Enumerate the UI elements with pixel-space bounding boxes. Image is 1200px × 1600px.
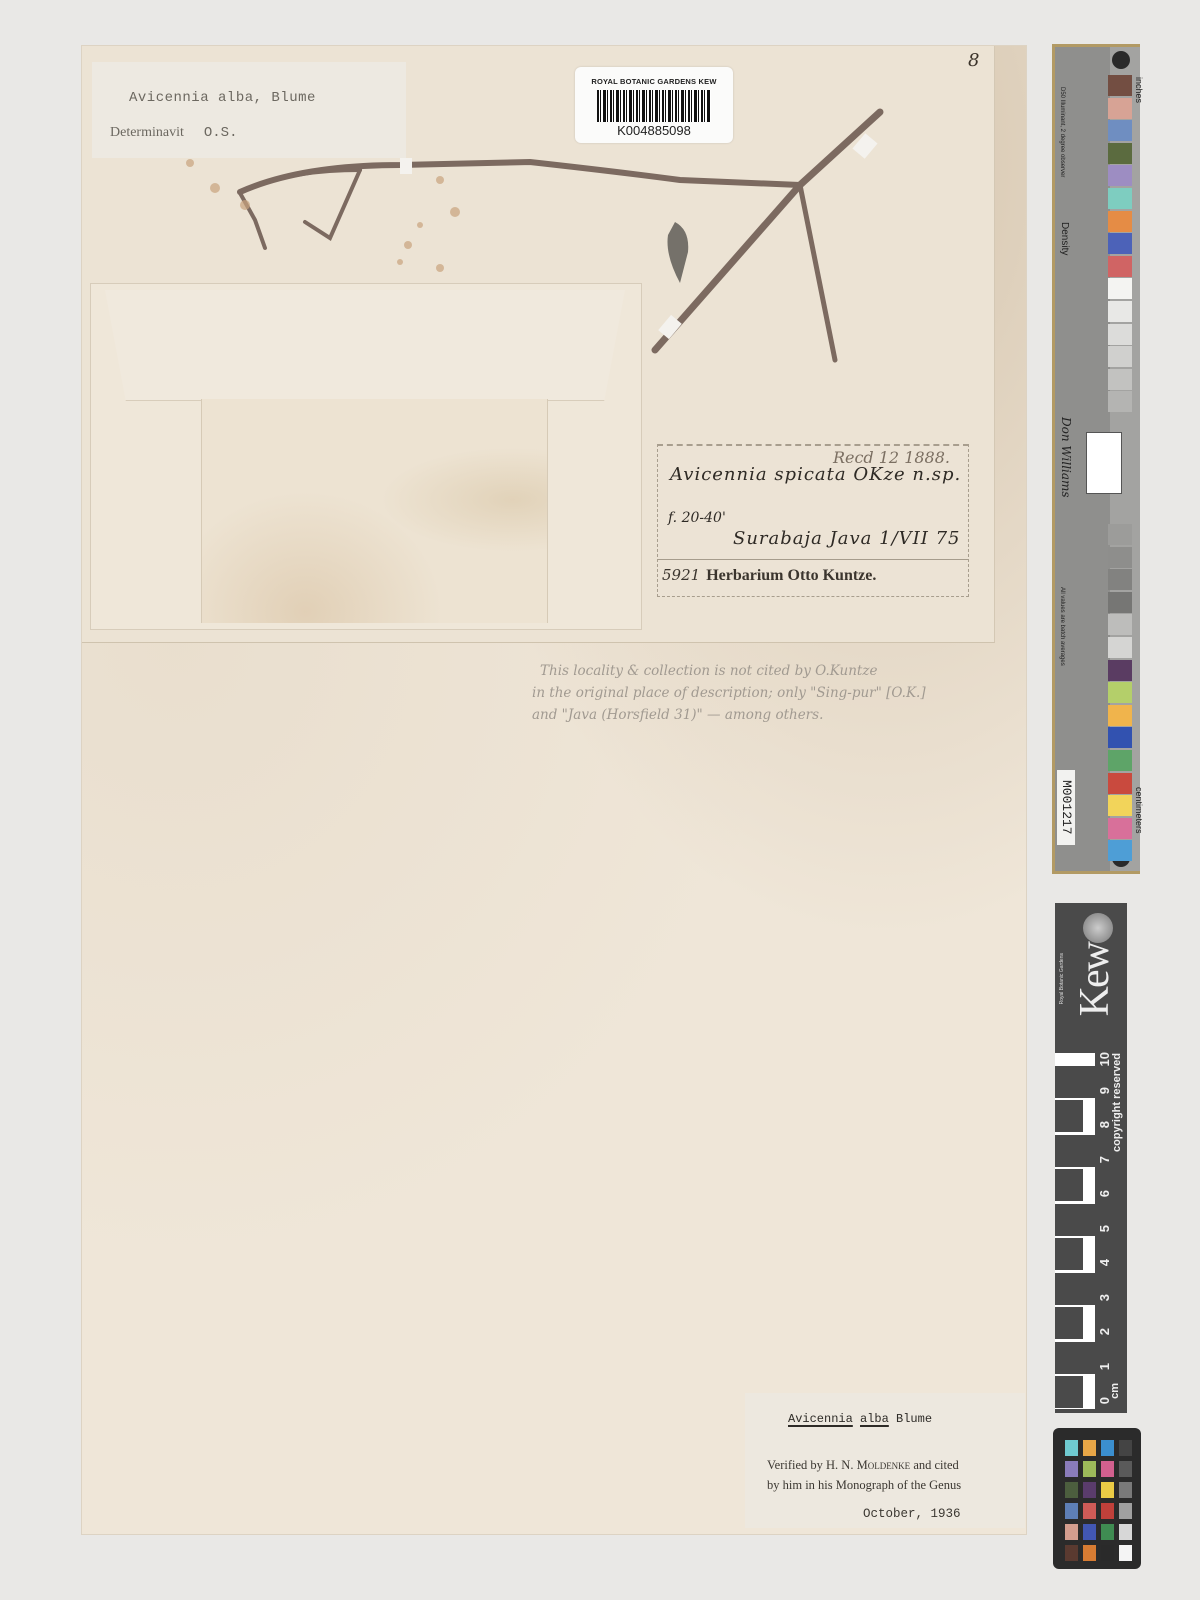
color-swatch xyxy=(1108,211,1132,232)
color-swatch xyxy=(1108,391,1132,412)
cm-block xyxy=(1055,1376,1083,1408)
checker-chip xyxy=(1065,1440,1078,1456)
checker-chip xyxy=(1065,1503,1078,1519)
checker-chip xyxy=(1119,1524,1132,1540)
illuminant-note: D50 Illuminant, 2 degree observer xyxy=(1059,87,1065,177)
cm-block xyxy=(1055,1066,1095,1098)
cm-tick-label: 5 xyxy=(1097,1225,1117,1232)
color-swatch xyxy=(1108,256,1132,277)
color-swatch xyxy=(1108,369,1132,390)
herbarium-line: 5921 Herbarium Otto Kuntze. xyxy=(662,566,876,585)
color-swatch xyxy=(1108,165,1132,186)
verification-label: Avicennia alba Blume Verified by H. N. M… xyxy=(745,1393,1025,1528)
cm-block xyxy=(1055,1204,1095,1236)
packet-flap[interactable] xyxy=(105,290,625,401)
packet-body xyxy=(201,399,548,623)
color-swatch xyxy=(1108,143,1132,164)
color-swatch xyxy=(1108,98,1132,119)
color-swatch xyxy=(1108,324,1132,345)
checker-chip xyxy=(1101,1524,1114,1540)
checker-chip xyxy=(1083,1482,1096,1498)
cm-tick-label: 3 xyxy=(1097,1294,1117,1301)
cm-unit-label: cm xyxy=(1109,1383,1121,1399)
color-swatch xyxy=(1108,637,1132,658)
checker-chip xyxy=(1065,1545,1078,1561)
checker-chip xyxy=(1119,1440,1132,1456)
pencil-annotation: This locality & collection is not cited … xyxy=(540,660,990,726)
kew-subtitle: Royal Botanic Gardens xyxy=(1059,953,1065,1004)
verification-date: October, 1936 xyxy=(863,1507,961,1521)
color-swatch xyxy=(1108,188,1132,209)
checker-chip xyxy=(1083,1461,1096,1477)
color-swatch xyxy=(1108,278,1132,299)
checker-chip xyxy=(1119,1461,1132,1477)
checker-chip xyxy=(1101,1482,1114,1498)
cm-tick-label: 6 xyxy=(1097,1190,1117,1197)
checker-chip xyxy=(1119,1503,1132,1519)
checker-chip xyxy=(1065,1461,1078,1477)
annotation-line: and "Java (Horsfield 31)" — among others… xyxy=(532,704,990,726)
centimeters-label: centimeters xyxy=(1134,787,1144,834)
color-swatch xyxy=(1108,569,1132,590)
color-swatch xyxy=(1108,773,1132,794)
collection-size: f. 20-40' xyxy=(668,510,726,526)
color-swatch xyxy=(1108,120,1132,141)
monograph-line: by him in his Monograph of the Genus xyxy=(767,1478,961,1493)
color-swatch xyxy=(1108,705,1132,726)
cm-tick-label: 9 xyxy=(1097,1087,1117,1094)
checker-chip xyxy=(1083,1503,1096,1519)
verified-by-line: Verified by H. N. Moldenke and cited xyxy=(767,1458,959,1473)
color-swatch xyxy=(1108,233,1132,254)
inches-label: inches xyxy=(1134,77,1144,103)
kew-logo: Kew xyxy=(1071,943,1119,1016)
verified-name: Avicennia alba Blume xyxy=(788,1412,932,1426)
checker-chip xyxy=(1101,1440,1114,1456)
checker-chip xyxy=(1101,1503,1114,1519)
color-swatch xyxy=(1108,840,1132,861)
color-swatch xyxy=(1108,682,1132,703)
cm-tick-label: 4 xyxy=(1097,1259,1117,1266)
cm-tick-label: 8 xyxy=(1097,1121,1117,1128)
color-swatch xyxy=(1108,301,1132,322)
color-swatch xyxy=(1108,75,1132,96)
resolution-target xyxy=(1086,432,1122,494)
label-divider xyxy=(658,559,968,560)
annotation-line: in the original place of description; on… xyxy=(532,682,990,704)
density-label: Density xyxy=(1059,222,1070,255)
collection-label: Recd 12 1888. Avicennia spicata OKze n.s… xyxy=(657,444,969,597)
color-swatch xyxy=(1108,346,1132,367)
annotation-line: This locality & collection is not cited … xyxy=(540,660,990,682)
cm-block xyxy=(1055,1273,1095,1305)
color-swatch xyxy=(1108,660,1132,681)
checker-chip xyxy=(1101,1461,1114,1477)
cm-tick-label: 1 xyxy=(1097,1363,1117,1370)
color-swatch xyxy=(1108,592,1132,613)
cm-block xyxy=(1055,1307,1083,1339)
cm-tick-label: 10 xyxy=(1097,1052,1117,1066)
color-swatch xyxy=(1108,750,1132,771)
checker-chip xyxy=(1083,1440,1096,1456)
color-checker xyxy=(1053,1428,1141,1569)
cm-scale xyxy=(1055,1053,1095,1409)
checker-chip xyxy=(1083,1545,1096,1561)
color-swatch xyxy=(1108,727,1132,748)
color-swatch xyxy=(1108,524,1132,545)
checker-chip xyxy=(1119,1545,1132,1561)
checker-chip xyxy=(1083,1524,1096,1540)
collection-species: Avicennia spicata OKze n.sp. xyxy=(670,464,961,485)
values-note: All values are batch averages xyxy=(1059,587,1065,666)
cm-block xyxy=(1055,1238,1083,1270)
cm-block xyxy=(1055,1100,1083,1132)
cm-block xyxy=(1055,1135,1095,1167)
cm-block xyxy=(1055,1342,1095,1374)
checker-chip xyxy=(1065,1482,1078,1498)
copyright-label: copyright reserved xyxy=(1111,1053,1123,1152)
color-swatch xyxy=(1108,614,1132,635)
color-swatch xyxy=(1108,818,1132,839)
cm-tick-label: 7 xyxy=(1097,1156,1117,1163)
cm-tick-label: 2 xyxy=(1097,1328,1117,1335)
kew-scale-bar: Kew Royal Botanic Gardens copyright rese… xyxy=(1055,903,1127,1413)
ruler-hole-icon xyxy=(1112,51,1130,69)
checker-chip xyxy=(1119,1482,1132,1498)
brand-label: Don Williams xyxy=(1059,417,1073,498)
cm-block xyxy=(1055,1169,1083,1201)
catalog-number: M001217 xyxy=(1057,770,1075,845)
fragment-packet[interactable] xyxy=(90,283,642,630)
checker-chip xyxy=(1101,1545,1114,1561)
kew-crest-icon xyxy=(1083,913,1113,943)
checker-chip xyxy=(1065,1524,1078,1540)
color-swatch xyxy=(1108,547,1132,568)
color-swatch xyxy=(1108,795,1132,816)
collection-locality: Surabaja Java 1/VII 75 xyxy=(733,528,960,549)
